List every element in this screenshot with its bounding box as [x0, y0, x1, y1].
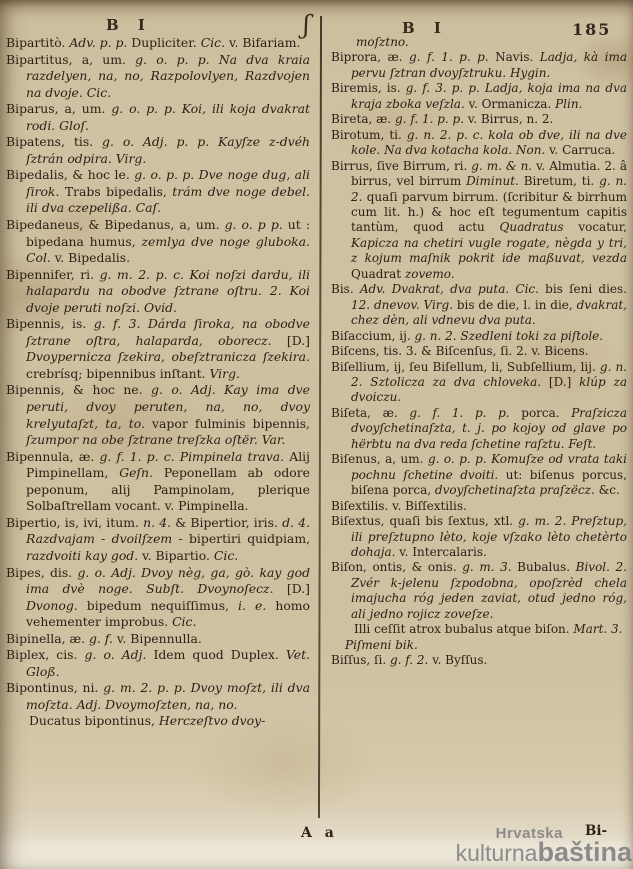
entry-text: Adv. Dvakrat, dva puta. Cic. [360, 282, 545, 296]
entry-text: Bipartitus, a, um. [6, 52, 135, 67]
entry-text: Biprora, æ. [331, 50, 409, 64]
dictionary-entry: Biſſus, ſi. g. f. 2. v. Byſſus. [331, 653, 627, 668]
entry-text: Bipennis, is. [6, 316, 94, 331]
entry-text: [D.] [287, 333, 310, 348]
watermark: Hrvatska kulturnabaština [456, 826, 632, 866]
entry-text: Bipartitò. [6, 35, 69, 50]
entry-text: Herczeſtvo dvoy- [159, 713, 265, 728]
dictionary-entry: Biſcens, tis. 3. & Biſcenſus, ſi. 2. v. … [331, 344, 627, 359]
dictionary-entry: Biſenus, a, um. g. o. p. p. Komuſze od v… [331, 452, 627, 498]
entry-text: Bipinella, æ. [6, 631, 89, 646]
watermark-bastina: baština [537, 837, 632, 867]
entry-text: n. 4. [143, 515, 175, 530]
entry-text: Cic. [172, 614, 196, 629]
entry-text: Navis. [495, 50, 540, 64]
entry-text: g. o. Adj. [85, 647, 154, 662]
entry-text: Bis. [331, 282, 360, 296]
dictionary-entry: Biprora, æ. g. f. 1. p. p. Navis. Ladja,… [331, 50, 627, 81]
dictionary-entry: Bipatens, tis. g. o. Adj. p. p. Kayſze z… [6, 134, 310, 167]
right-column: moſztno.Biprora, æ. g. f. 1. p. p. Navis… [331, 35, 627, 825]
entry-text: g. f. 1. p. p. [409, 406, 521, 420]
dictionary-entry: Bipes, dis. g. o. Adj. Dvoy nèg, ga, gò.… [6, 565, 310, 631]
entry-text: Bipatens, tis. [6, 134, 102, 149]
entry-text: Trabs bipedalis, [65, 184, 172, 199]
entry-text: Biſextilis. v. Biſſextilis. [331, 499, 467, 513]
entry-text: razdvoiti kay god. [26, 548, 142, 563]
dictionary-entry: Bipartitus, a, um. g. o. p. p. Na dva kr… [6, 52, 310, 102]
dictionary-entry: Biſellium, ij, ſeu Biſellum, li, Subſell… [331, 360, 627, 406]
entry-text: Non. [516, 143, 549, 157]
entry-text: Biſaccium, ij. [331, 329, 414, 343]
entry-text: Biſſus, ſi. [331, 653, 390, 667]
entry-text: ſzumpor na obe ſztrane treſzka oſtër. Va… [26, 432, 285, 447]
dictionary-entry: Biſextilis. v. Biſſextilis. [331, 499, 627, 514]
dictionary-entry: Biſaccium, ij. g. n. 2. Szedleni toki za… [331, 329, 627, 344]
entry-text: v. Carruca. [549, 143, 615, 157]
book-page: B I B I 185 ʃ Bipartitò. Adv. p. p. Dupl… [0, 0, 633, 869]
entry-text: [D.] [549, 375, 579, 389]
entry-text: &c. [599, 483, 620, 497]
entry-text: dvoyſchetinaſzta praſzëcz. [435, 483, 599, 497]
entry-text: Adv. p. p. [69, 35, 131, 50]
entry-text: v. Ormanicza. [469, 97, 555, 111]
entry-text: vapor fulminis bipennis, [152, 416, 310, 431]
entry-text: & Bipertior, iris. [175, 515, 282, 530]
entry-text: Biparus, a, um. [6, 101, 111, 116]
entry-text: Virg. [209, 366, 240, 381]
dictionary-entry: Biſeta, æ. g. f. 1. p. p. porca. Praſzic… [331, 406, 627, 452]
dictionary-entry: Bipennifer, ri. g. m. 2. p. c. Koi noſzi… [6, 267, 310, 317]
dictionary-entry: Bireta, æ. g. f. 1. p. p. v. Birrus, n. … [331, 112, 627, 127]
dictionary-entry: Illi ceſſit atrox bubalus atque biſon. M… [331, 622, 627, 653]
entry-text: Idem quod Duplex. [153, 647, 285, 662]
entry-text: Biſon, ontis, & onis. [331, 560, 462, 574]
entry-text: v. Byſſus. [432, 653, 487, 667]
column-divider-rule [318, 16, 322, 818]
entry-text: Cic. [214, 548, 238, 563]
dictionary-entry: Bipartitò. Adv. p. p. Dupliciter. Cic. v… [6, 35, 310, 52]
entry-text: g. f. 1. p. p. [409, 50, 495, 64]
entry-text: g. f. 1. p. p. [395, 112, 468, 126]
dictionary-entry: Bipinella, æ. g. f. v. Bipennulla. [6, 631, 310, 648]
entry-text: [D.] [287, 581, 310, 596]
dictionary-entry: Bipedalis, & hoc le. g. o. p. p. Dve nog… [6, 167, 310, 217]
entry-text: v. Bipartio. [142, 548, 214, 563]
dictionary-entry: Bis. Adv. Dvakrat, dva puta. Cic. bis ſe… [331, 282, 627, 328]
entry-text: Bipennula, æ. [6, 449, 99, 464]
dictionary-entry: Biplex, cis. g. o. Adj. Idem quod Duplex… [6, 647, 310, 680]
dictionary-entry: Biremis, is. g. f. 3. p. p. Ladja, koja … [331, 81, 627, 112]
entry-text: g. f. 1. p. c. Pimpinela trava. [99, 449, 289, 464]
dictionary-entry: Birotum, ti. g. n. 2. p. c. kola ob dve,… [331, 128, 627, 159]
entry-text: moſztno. [356, 35, 409, 49]
entry-text: v. Bipennulla. [117, 631, 202, 646]
entry-text: Bipedalis, & hoc le. [6, 167, 134, 182]
entry-text: Quadratus [500, 220, 579, 234]
entry-text: Quadrat [351, 267, 405, 281]
entry-text: Bipennis, & hoc ne. [6, 382, 151, 397]
entry-text: i. e. [238, 598, 275, 613]
entry-text: Biplex, cis. [6, 647, 85, 662]
entry-text: g. f. [89, 631, 117, 646]
signature-mark: A a [301, 825, 338, 841]
entry-text: g. m. 3. [462, 560, 517, 574]
entry-text: Biremis, is. [331, 81, 406, 95]
entry-text: Biſellium, ij, ſeu Biſellum, li, Subſell… [331, 360, 600, 374]
dictionary-entry: Birrus, ſive Birrum, ri. g. m. & n. v. A… [331, 159, 627, 283]
entry-text: Biſcens, tis. 3. & Biſcenſus, ſi. 2. v. … [331, 344, 589, 358]
entry-text: Bipedaneus, & Bipedanus, a, um. [6, 217, 225, 232]
dictionary-entry: Biparus, a, um. g. o. p. p. Koi, ili koj… [6, 101, 310, 134]
entry-text: Diminut. [466, 174, 524, 188]
entry-text: Cic. [87, 85, 111, 100]
entry-text: Bipontinus, ni. [6, 680, 103, 695]
entry-text: bipedum nequiſſimus, [87, 598, 238, 613]
entry-text: Biſenus, a, um. [331, 452, 428, 466]
entry-text: porca. [521, 406, 571, 420]
watermark-kulturna: kulturna [456, 840, 538, 866]
dictionary-entry: Bipennula, æ. g. f. 1. p. c. Pimpinela t… [6, 449, 310, 515]
entry-text: bis ſeni dies. [545, 282, 627, 296]
dictionary-entry: Bipennis, is. g. f. 3. Dárda ſiroka, na … [6, 316, 310, 382]
entry-text: Dvoypernicza ſzekira, obeſztranicza ſzek… [26, 349, 310, 364]
entry-text: Bipes, dis. [6, 565, 77, 580]
entry-text: Geſn. [119, 465, 164, 480]
entry-text: Bubalus. [517, 560, 576, 574]
entry-text: bipertiri quidpiam, [189, 531, 310, 546]
entry-text: Cic. [201, 35, 229, 50]
watermark-line2: kulturnabaština [456, 839, 632, 866]
entry-text: Dvonog. [26, 598, 87, 613]
entry-text: Plin. [555, 97, 582, 111]
entry-text: v. Birrus, n. 2. [468, 112, 553, 126]
dictionary-entry: Bipontinus, ni. g. m. 2. p. p. Dvoy moſz… [6, 680, 310, 713]
entry-text: Kapicza na chetiri vugle rogate, nègda y… [351, 236, 627, 265]
entry-text: v. Bipedalis. [55, 250, 130, 265]
entry-text: Birotum, ti. [331, 128, 407, 142]
entry-text: g. m. & n. [471, 159, 536, 173]
entry-text: Ducatus bipontinus, [29, 713, 159, 728]
dictionary-entry: Biſextus, quaſi bis ſextus, xtl. g. m. 2… [331, 514, 627, 560]
entry-text: Biſeta, æ. [331, 406, 409, 420]
dictionary-entry: Ducatus bipontinus, Herczeſtvo dvoy- [6, 713, 310, 730]
dictionary-entry: Biſon, ontis, & onis. g. m. 3. Bubalus. … [331, 560, 627, 622]
dictionary-entry: Bipedaneus, & Bipedanus, a, um. g. o. p … [6, 217, 310, 267]
entry-text: g. m. 2. [518, 514, 571, 528]
entry-text: v. Intercalaris. [399, 545, 487, 559]
entry-text: zovemo. [405, 267, 455, 281]
entry-text: g. n. 2. Szedleni toki za piſtole. [414, 329, 603, 343]
entry-text: vocatur, [578, 220, 627, 234]
entry-text: Bireta, æ. [331, 112, 395, 126]
entry-text: g. o. p p. [225, 217, 288, 232]
entry-text: Dupliciter. [131, 35, 200, 50]
running-head-left: B I [106, 16, 152, 34]
entry-text: Bipennifer, ri. [6, 267, 100, 282]
entry-text: Biſextus, quaſi bis ſextus, xtl. [331, 514, 518, 528]
entry-text: v. Bifariam. [229, 35, 300, 50]
entry-text: Biretum, ti. [524, 174, 599, 188]
entry-text: Bipertio, is, ivi, itum. [6, 515, 143, 530]
entry-text: Illi ceſſit atrox bubalus atque biſon. [354, 622, 573, 636]
dictionary-entry: moſztno. [331, 35, 627, 50]
entry-text: Birrus, ſive Birrum, ri. [331, 159, 471, 173]
entry-text: g. f. 2. [390, 653, 432, 667]
entry-text: crebrísq; bipennibus inſtant. [26, 366, 209, 381]
left-column: Bipartitò. Adv. p. p. Dupliciter. Cic. v… [6, 35, 310, 821]
dictionary-entry: Bipennis, & hoc ne. g. o. Adj. Kay ima d… [6, 382, 310, 448]
entry-text: bis de die, l. in die, [457, 298, 577, 312]
dictionary-entry: Bipertio, is, ivi, itum. n. 4. & Biperti… [6, 515, 310, 565]
entry-text: 12. dnevov. Virg. [351, 298, 457, 312]
